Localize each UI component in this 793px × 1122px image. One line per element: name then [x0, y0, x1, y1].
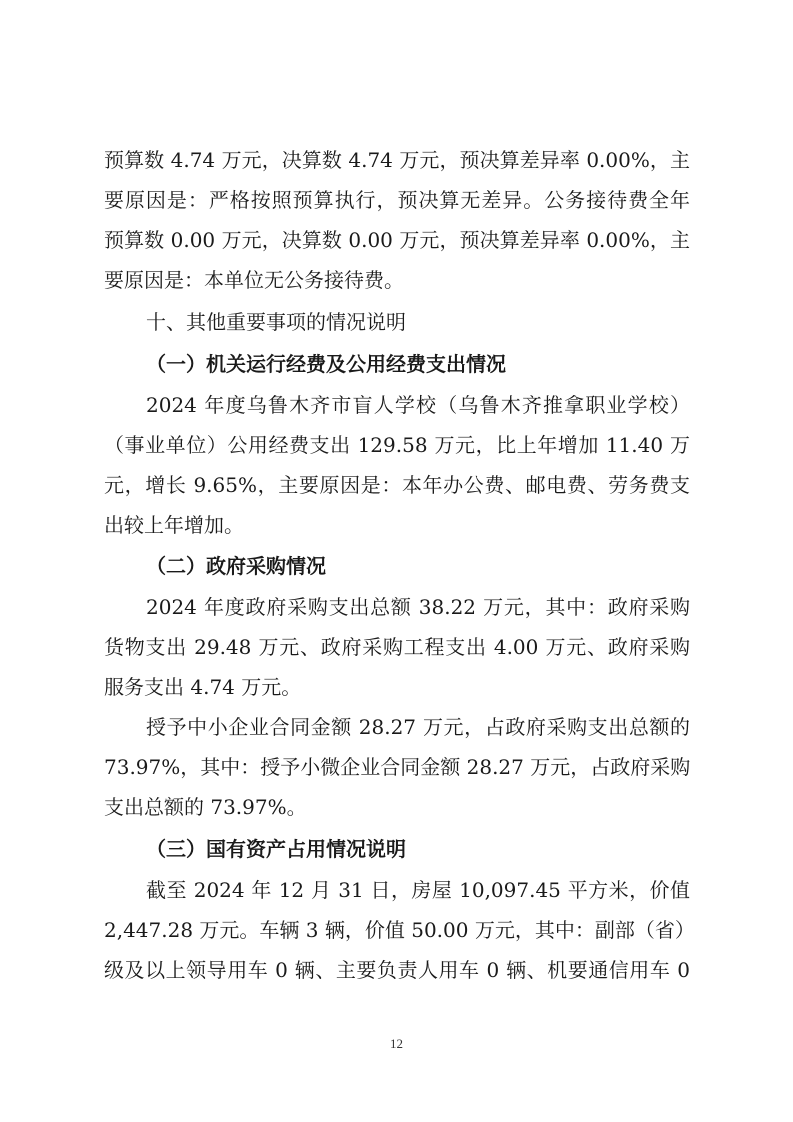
paragraph-line: 元，增长 9.65%，主要原因是：本年办公费、邮电费、劳务费支 [104, 465, 690, 505]
paragraph-line: 预算数 0.00 万元，决算数 0.00 万元，预决算差异率 0.00%，主 [104, 220, 690, 260]
page-number: 12 [0, 1036, 793, 1052]
paragraph-line: 货物支出 29.48 万元、政府采购工程支出 4.00 万元、政府采购 [104, 627, 690, 667]
paragraph-line: 服务支出 4.74 万元。 [104, 667, 690, 707]
paragraph-line: 73.97%，其中：授予小微企业合同金额 28.27 万元，占政府采购 [104, 747, 690, 787]
section-heading: 十、其他重要事项的情况说明 [146, 302, 690, 342]
paragraph-line: 2024 年度乌鲁木齐市盲人学校（乌鲁木齐推拿职业学校） [146, 385, 690, 425]
paragraph-line: （事业单位）公用经费支出 129.58 万元，比上年增加 11.40 万 [104, 425, 690, 465]
paragraph-line: 要原因是：严格按照预算执行，预决算无差异。公务接待费全年 [104, 180, 690, 220]
paragraph-line: 要原因是：本单位无公务接待费。 [104, 260, 690, 300]
subsection-heading: （三）国有资产占用情况说明 [146, 829, 690, 869]
paragraph-line: 截至 2024 年 12 月 31 日，房屋 10,097.45 平方米，价值 [146, 870, 690, 910]
document-page: 预算数 4.74 万元，决算数 4.74 万元，预决算差异率 0.00%，主 要… [0, 0, 793, 1122]
paragraph-line: 授予中小企业合同金额 28.27 万元，占政府采购支出总额的 [146, 707, 690, 747]
paragraph-line: 出较上年增加。 [104, 505, 690, 545]
paragraph-line: 2,447.28 万元。车辆 3 辆，价值 50.00 万元，其中：副部（省） [104, 910, 690, 950]
subsection-heading: （一）机关运行经费及公用经费支出情况 [146, 344, 690, 384]
paragraph-line: 2024 年度政府采购支出总额 38.22 万元，其中：政府采购 [146, 587, 690, 627]
paragraph-line: 支出总额的 73.97%。 [104, 787, 690, 827]
paragraph-line: 级及以上领导用车 0 辆、主要负责人用车 0 辆、机要通信用车 0 [104, 950, 690, 990]
paragraph-line: 预算数 4.74 万元，决算数 4.74 万元，预决算差异率 0.00%，主 [104, 140, 690, 180]
subsection-heading: （二）政府采购情况 [146, 546, 690, 586]
